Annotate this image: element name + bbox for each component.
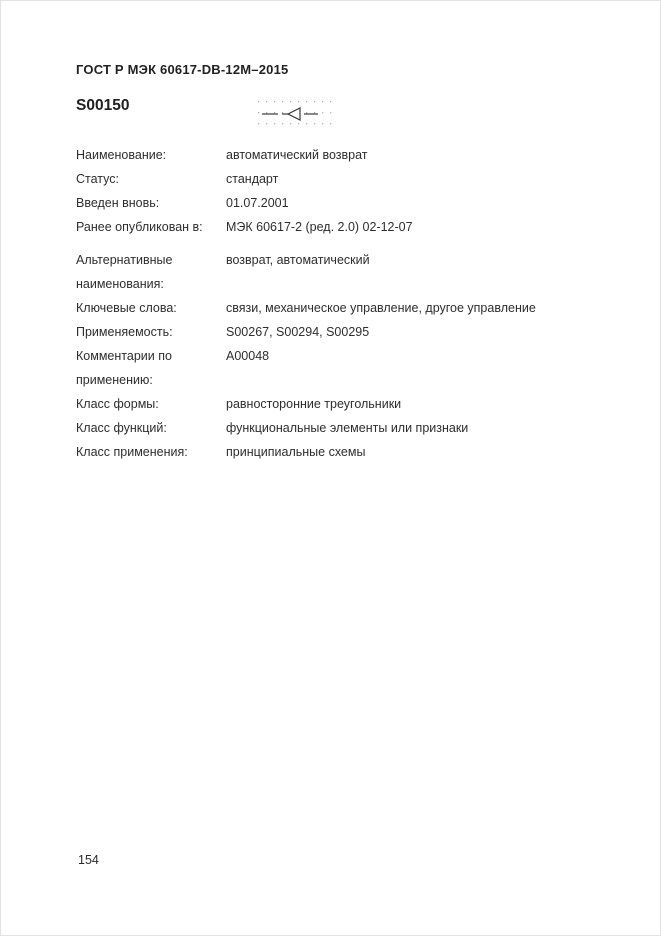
field-label: Введен вновь:: [76, 191, 226, 215]
field-label: Ранее опубликован в:: [76, 215, 226, 239]
field-label: Класс применения:: [76, 440, 226, 464]
document-page: ГОСТ Р МЭК 60617-DB-12M–2015 S00150 Наим…: [0, 0, 661, 936]
field-row-previously-published: Ранее опубликован в: МЭК 60617-2 (ред. 2…: [76, 215, 588, 239]
field-value: функциональные элементы или признаки: [226, 416, 588, 440]
page-number: 154: [78, 853, 99, 867]
field-row-alternative-names: Альтернативные наименования: возврат, ав…: [76, 248, 588, 296]
field-row-applicability: Применяемость: S00267, S00294, S00295: [76, 320, 588, 344]
field-row-application-comments: Комментарии по применению: A00048: [76, 344, 588, 392]
field-label: Класс функций:: [76, 416, 226, 440]
attribute-list: Наименование: автоматический возврат Ста…: [76, 143, 588, 464]
field-value: S00267, S00294, S00295: [226, 320, 588, 344]
field-value: принципиальные схемы: [226, 440, 588, 464]
field-value: равносторонние треугольники: [226, 392, 588, 416]
field-row-keywords: Ключевые слова: связи, механическое упра…: [76, 296, 588, 320]
field-label: Ключевые слова:: [76, 296, 226, 320]
automatic-return-symbol-icon: [254, 97, 338, 135]
field-value: связи, механическое управление, другое у…: [226, 296, 588, 320]
field-label: Комментарии по применению:: [76, 344, 226, 392]
field-label: Наименование:: [76, 143, 226, 167]
field-value: автоматический возврат: [226, 143, 588, 167]
field-label: Класс формы:: [76, 392, 226, 416]
field-value: A00048: [226, 344, 588, 368]
document-header: ГОСТ Р МЭК 60617-DB-12M–2015: [76, 62, 288, 77]
field-value: МЭК 60617-2 (ред. 2.0) 02-12-07: [226, 215, 588, 239]
symbol-id-title: S00150: [76, 97, 129, 115]
field-row-name: Наименование: автоматический возврат: [76, 143, 588, 167]
field-value: 01.07.2001: [226, 191, 588, 215]
field-row-function-class: Класс функций: функциональные элементы и…: [76, 416, 588, 440]
field-value: возврат, автоматический: [226, 248, 588, 272]
field-label: Применяемость:: [76, 320, 226, 344]
field-label: Статус:: [76, 167, 226, 191]
field-row-status: Статус: стандарт: [76, 167, 588, 191]
field-row-application-class: Класс применения: принципиальные схемы: [76, 440, 588, 464]
field-row-reintroduced: Введен вновь: 01.07.2001: [76, 191, 588, 215]
field-label: Альтернативные наименования:: [76, 248, 226, 296]
field-row-shape-class: Класс формы: равносторонние треугольники: [76, 392, 588, 416]
field-value: стандарт: [226, 167, 588, 191]
